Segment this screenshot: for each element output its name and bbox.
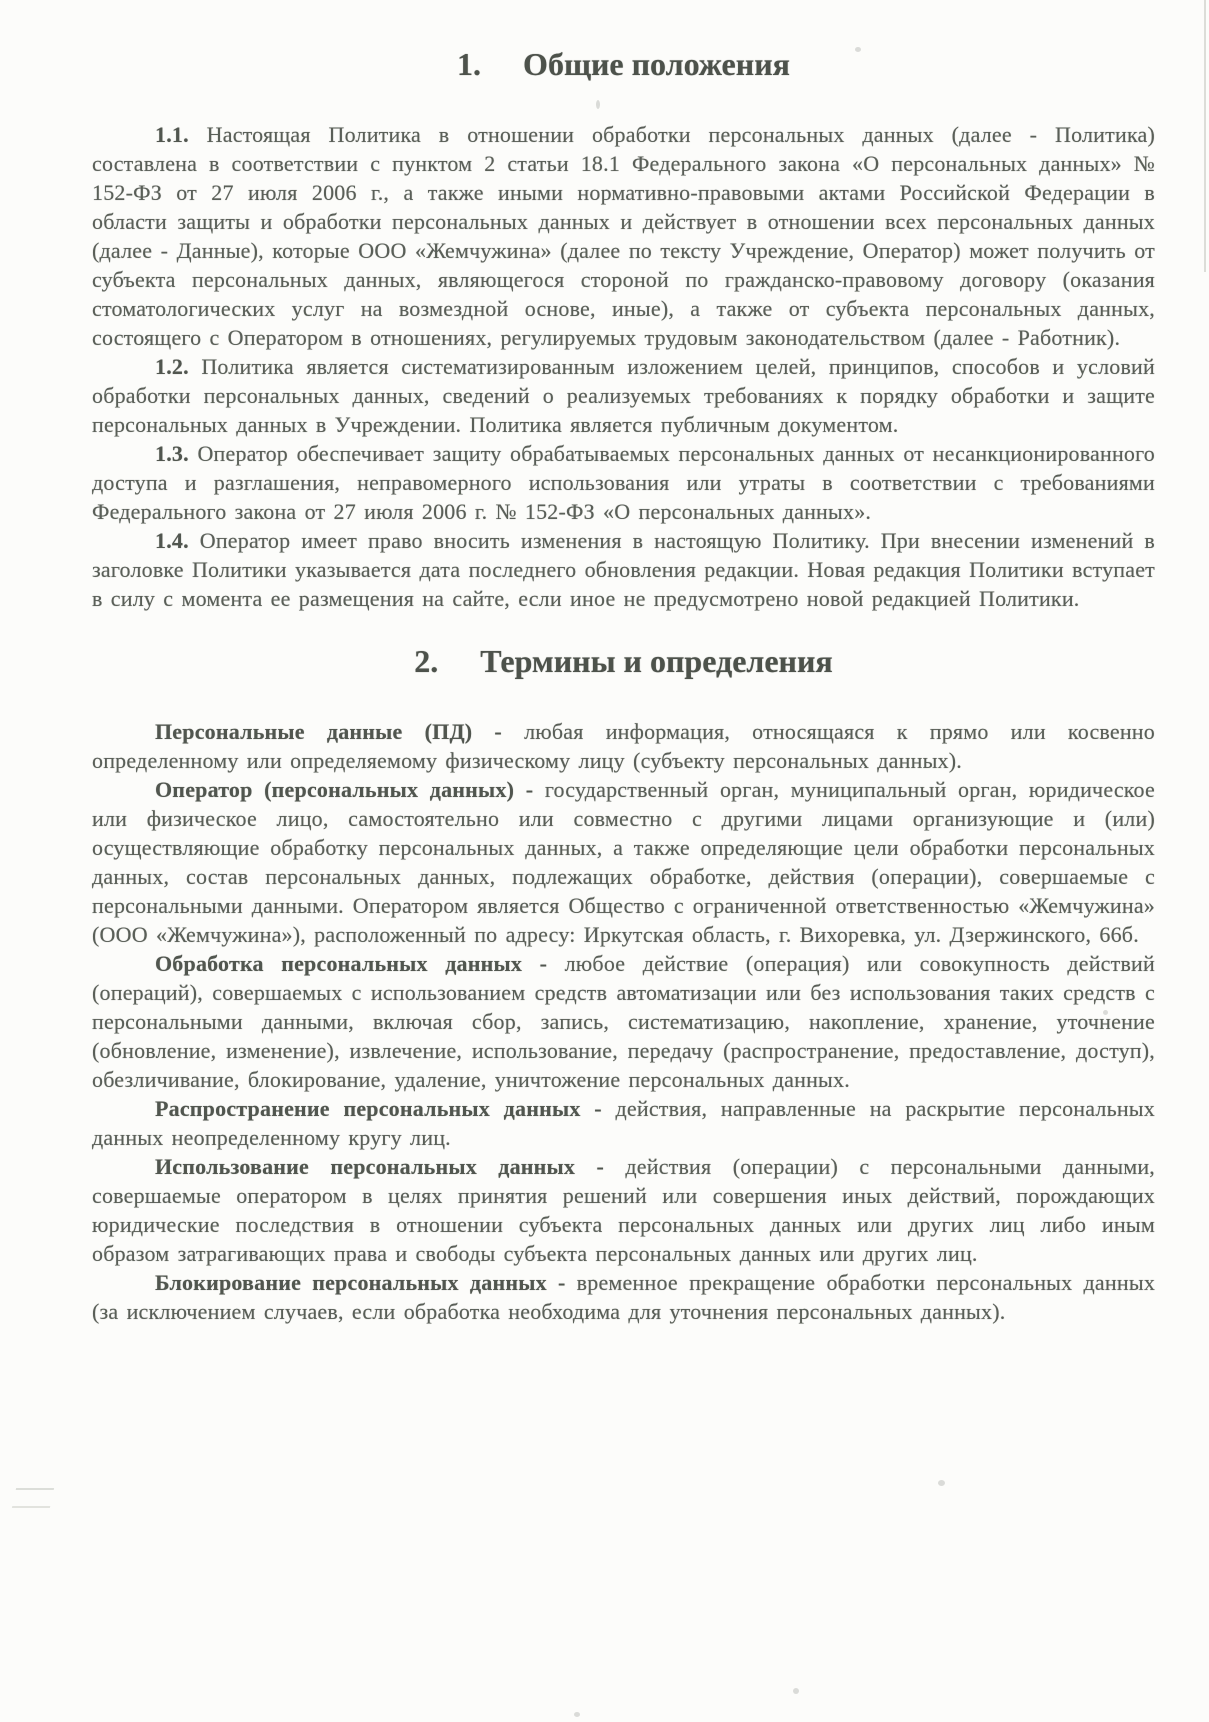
- definition-operator-term: Оператор (персональных данных) -: [155, 777, 533, 802]
- section-1-heading: 1. Общие положения: [92, 44, 1155, 84]
- paragraph-1-2: 1.2. Политика является систематизированн…: [92, 352, 1155, 439]
- paragraph-1-4-number: 1.4.: [155, 528, 189, 553]
- definition-operator-text: государственный орган, муниципальный орг…: [92, 777, 1155, 947]
- definition-blocking-term: Блокирование персональных данных -: [155, 1270, 565, 1295]
- paragraph-1-3-number: 1.3.: [155, 441, 189, 466]
- scan-speck: [793, 1688, 799, 1694]
- scan-speck: [938, 1480, 945, 1486]
- scan-speck: [574, 1712, 580, 1717]
- definition-usage: Использование персональных данных - дейс…: [92, 1152, 1155, 1268]
- paragraph-1-4: 1.4. Оператор имеет право вносить измене…: [92, 526, 1155, 613]
- paragraph-1-1: 1.1. Настоящая Политика в отношении обра…: [92, 120, 1155, 352]
- section-2-number: 2.: [414, 641, 438, 681]
- section-1-title: Общие положения: [523, 44, 790, 84]
- section-1-number: 1.: [457, 44, 481, 84]
- definition-blocking: Блокирование персональных данных - време…: [92, 1268, 1155, 1326]
- scan-speck: [1103, 1010, 1108, 1015]
- section-1-body: 1.1. Настоящая Политика в отношении обра…: [92, 120, 1155, 613]
- scanned-document-page: 1. Общие положения 1.1. Настоящая Полити…: [0, 0, 1209, 1722]
- paragraph-1-1-text: Настоящая Политика в отношении обработки…: [92, 122, 1155, 350]
- scan-edge-shadow: [1204, 0, 1206, 272]
- section-2-heading: 2. Термины и определения: [92, 641, 1155, 681]
- definition-processing: Обработка персональных данных - любое де…: [92, 949, 1155, 1094]
- section-2-title: Термины и определения: [480, 641, 832, 681]
- definition-operator: Оператор (персональных данных) - государ…: [92, 775, 1155, 949]
- definition-distribution-term: Распространение персональных данных -: [155, 1096, 602, 1121]
- paragraph-1-1-number: 1.1.: [155, 122, 189, 147]
- definition-distribution: Распространение персональных данных - де…: [92, 1094, 1155, 1152]
- scan-pencil-mark: [12, 1488, 54, 1508]
- paragraph-1-2-text: Политика является систематизированным из…: [92, 354, 1155, 437]
- definition-usage-term: Использование персональных данных -: [155, 1154, 604, 1179]
- scan-speck: [855, 47, 861, 52]
- scan-speck: [596, 100, 600, 109]
- definition-personal-data-term: Персональные данные (ПД) -: [155, 719, 502, 744]
- definition-processing-term: Обработка персональных данных -: [155, 951, 547, 976]
- section-2-body: Персональные данные (ПД) - любая информа…: [92, 717, 1155, 1326]
- paragraph-1-4-text: Оператор имеет право вносить изменения в…: [92, 528, 1155, 611]
- paragraph-1-2-number: 1.2.: [155, 354, 189, 379]
- paragraph-1-3-text: Оператор обеспечивает защиту обрабатывае…: [92, 441, 1155, 524]
- paragraph-1-3: 1.3. Оператор обеспечивает защиту обраба…: [92, 439, 1155, 526]
- definition-personal-data: Персональные данные (ПД) - любая информа…: [92, 717, 1155, 775]
